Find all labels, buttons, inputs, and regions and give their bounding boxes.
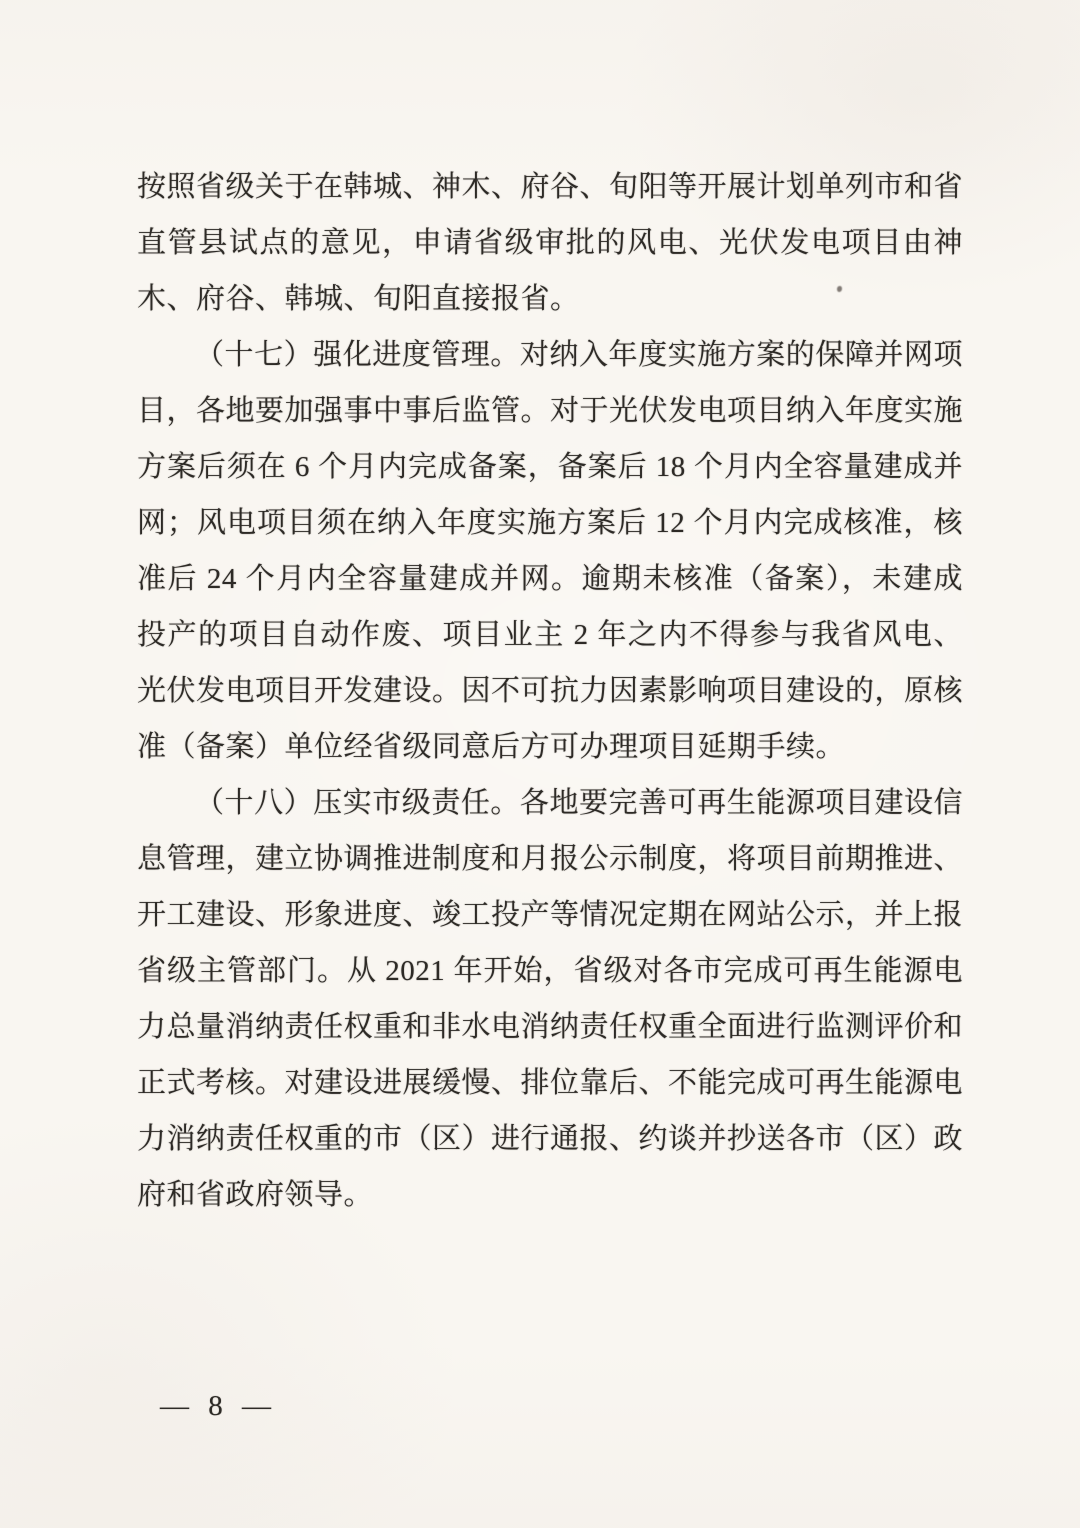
paragraph-continuation: 按照省级关于在韩城、神木、府谷、旬阳等开展计划单列市和省直管县试点的意见，申请省… [137,159,963,327]
page-number: — 8 — [160,1384,277,1428]
paragraph-item-17: （十七）强化进度管理。对纳入年度实施方案的保障并网项目，各地要加强事中事后监管。… [137,327,963,775]
document-body: 按照省级关于在韩城、神木、府谷、旬阳等开展计划单列市和省直管县试点的意见，申请省… [137,159,963,1223]
paragraph-item-18: （十八）压实市级责任。各地要完善可再生能源项目建设信息管理，建立协调推进制度和月… [137,775,963,1223]
document-page: 按照省级关于在韩城、神木、府谷、旬阳等开展计划单列市和省直管县试点的意见，申请省… [0,0,1080,1528]
